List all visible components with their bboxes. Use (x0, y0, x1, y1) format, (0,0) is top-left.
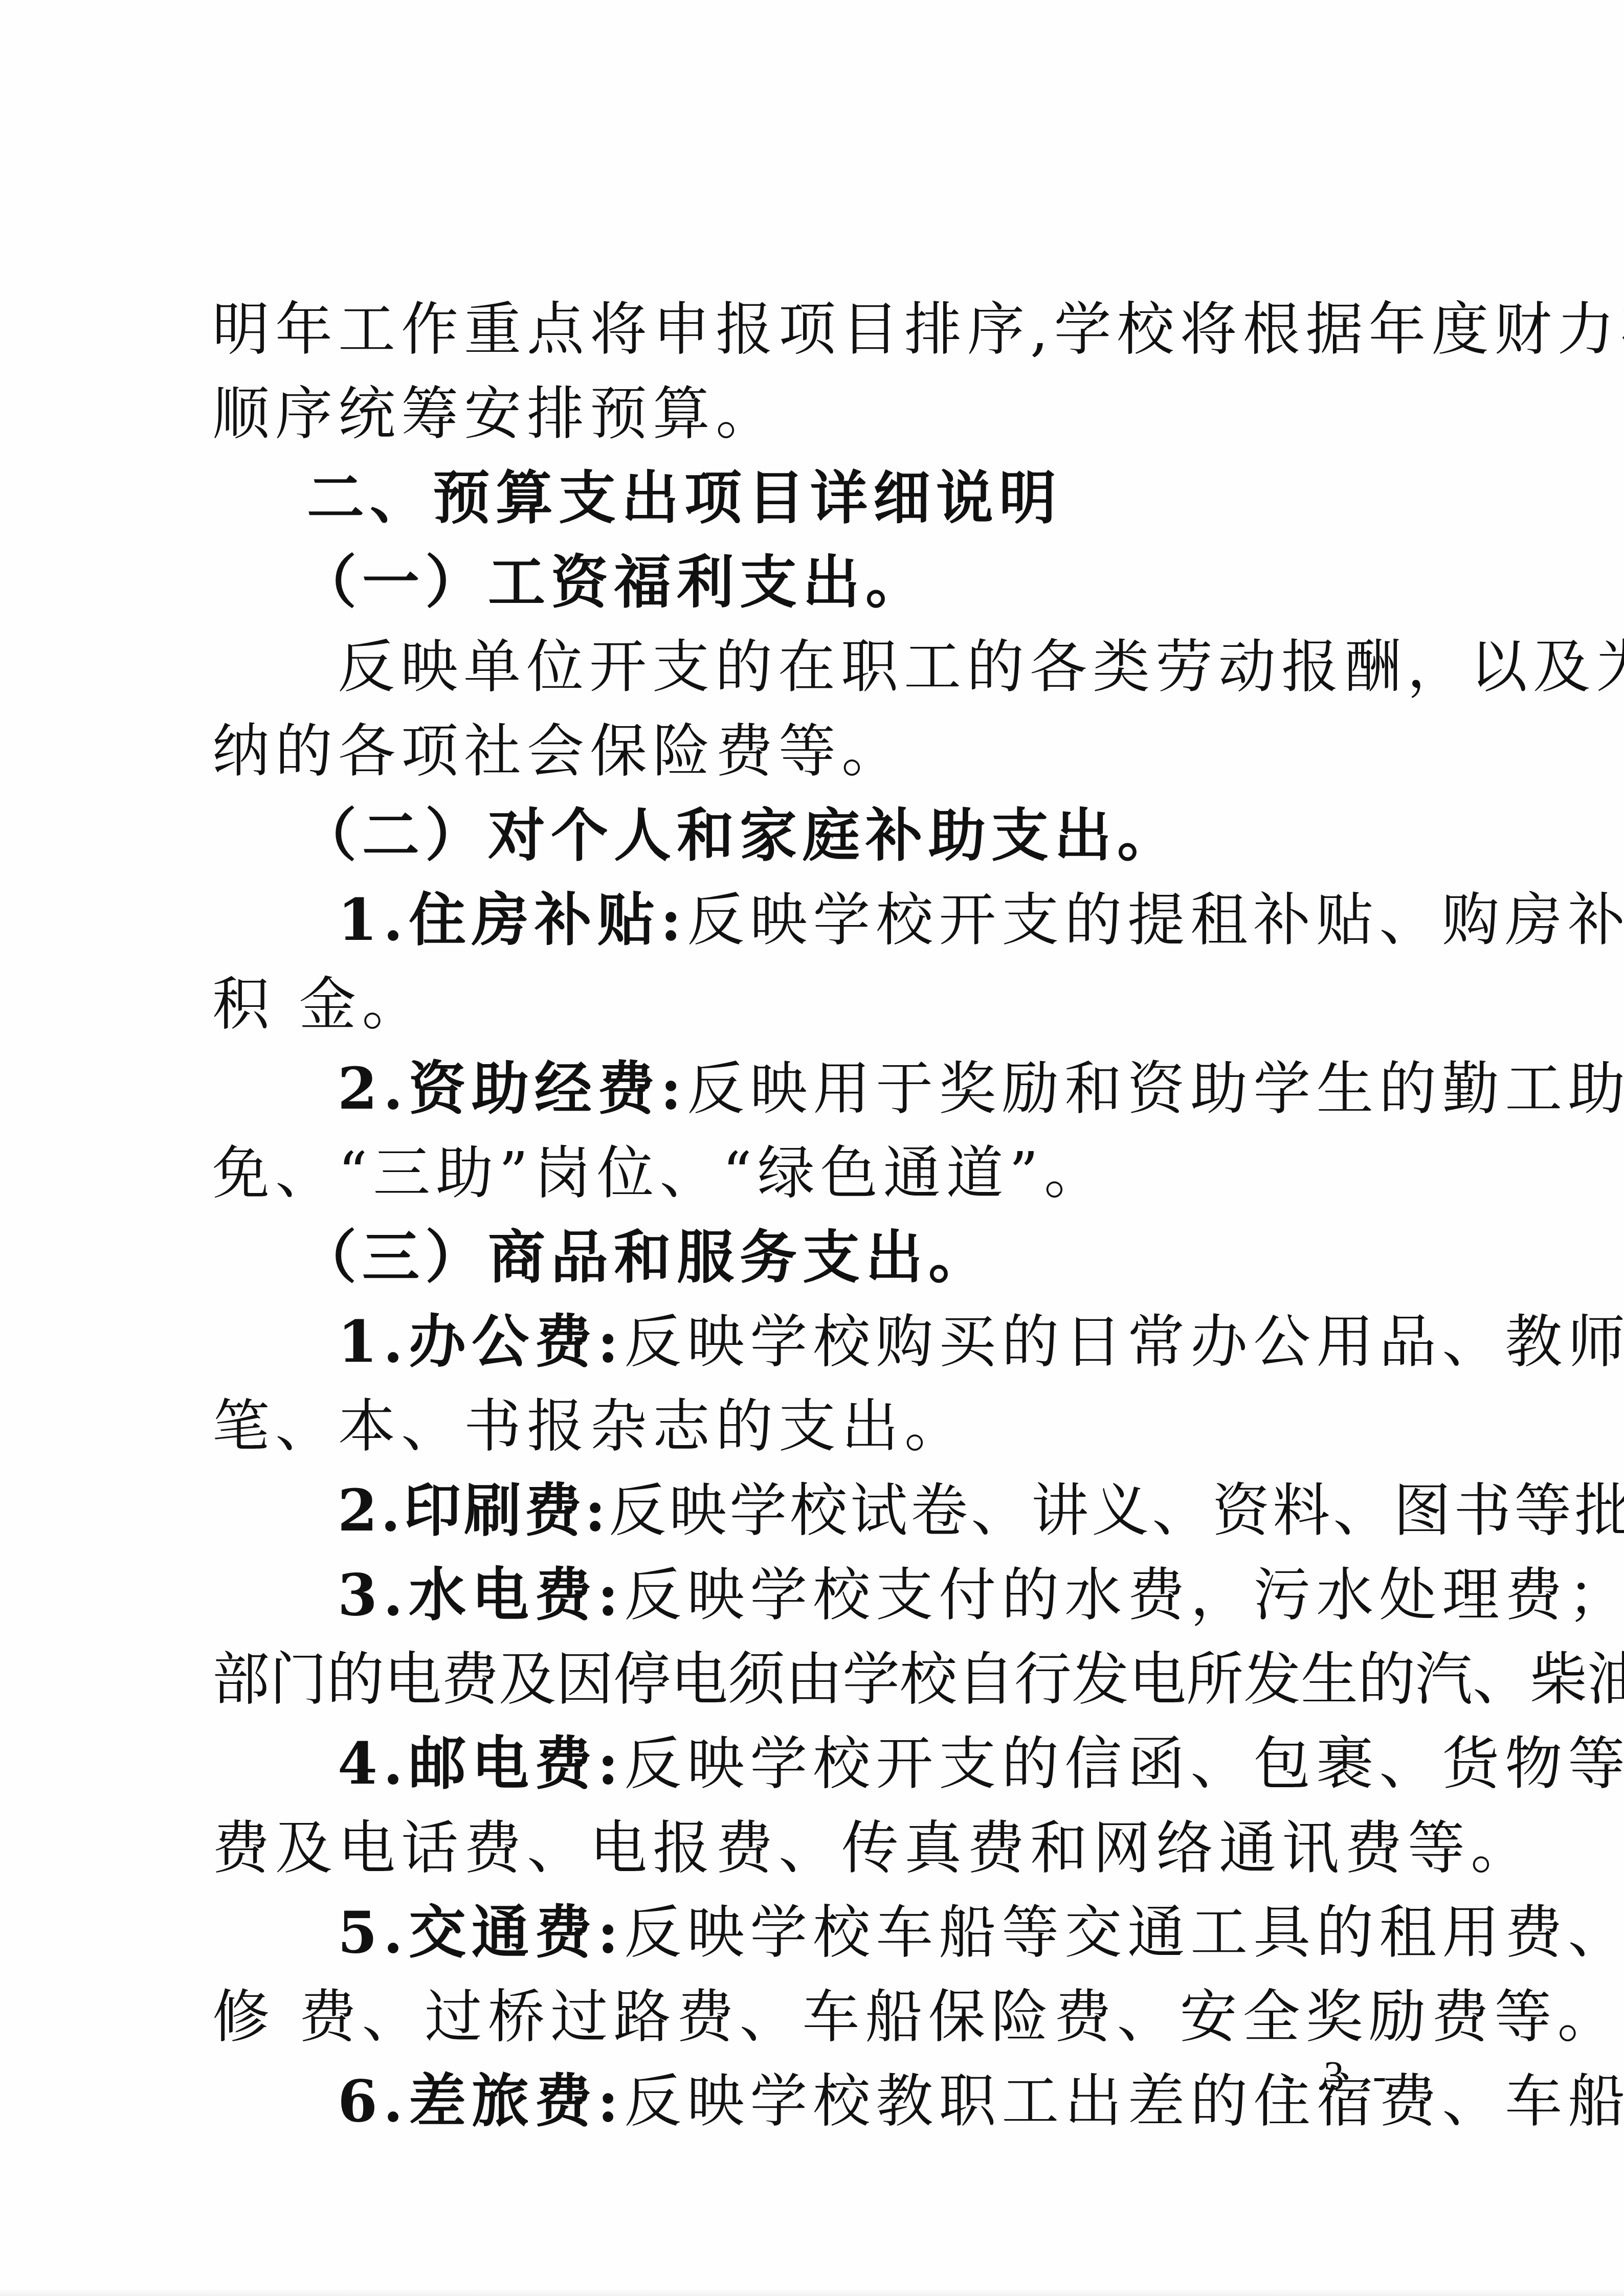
paragraph-line: 明年工作重点将申报项目排序,学校将根据年度财力状况与项目 (212, 291, 1409, 368)
item-label: 1.办公费: (338, 1309, 624, 1376)
item-label: 2.印刷费: (338, 1477, 609, 1544)
item-text: 反映学校车船等交通工具的租用费、燃料费、维 (624, 1900, 1624, 1966)
list-item: 1.住房补贴:反映学校开支的提租补贴、购房补贴和住房公 (338, 882, 1412, 959)
item-label: 6.差旅费: (338, 2068, 624, 2135)
item-label: 3.水电费: (338, 1562, 624, 1629)
list-item: 1.办公费:反映学校购买的日常办公用品、教师备课用纸、 (338, 1304, 1412, 1381)
paragraph-line: 笔、本、书报杂志的支出。 (212, 1388, 1409, 1465)
list-item: 6.差旅费:反映学校教职工出差的住宿费、车船费、伙食补 (338, 2063, 1412, 2140)
item-text: 反映学校教职工出差的住宿费、车船费、伙食补 (624, 2068, 1624, 2135)
paragraph-line: 免、“三助”岗位、“绿色通道”。 (212, 1135, 1409, 1212)
item-label: 4.邮电费: (338, 1730, 624, 1797)
item-text: 反映学校支付的水费，污水处理费；支付给电力 (624, 1562, 1624, 1629)
paragraph-line: 积 金。 (212, 966, 1409, 1043)
subsection-heading-3: （三）商品和服务支出。 (299, 1220, 1496, 1296)
item-text: 反映学校开支的提租补贴、购房补贴和住房公 (687, 887, 1624, 954)
item-label: 2.资助经费: (338, 1055, 687, 1122)
page-number: - 3 - (1281, 2051, 1395, 2102)
subsection-heading-2: （二）对个人和家庭补助支出。 (299, 798, 1496, 874)
item-text: 反映学校购买的日常办公用品、教师备课用纸、 (624, 1309, 1624, 1376)
subsection-heading-1: （一）工资福利支出。 (299, 545, 1496, 621)
paragraph-line: 顺序统筹安排预算。 (212, 376, 1409, 453)
list-item: 3.水电费:反映学校支付的水费，污水处理费；支付给电力 (338, 1557, 1412, 1634)
document-page: 明年工作重点将申报项目排序,学校将根据年度财力状况与项目 顺序统筹安排预算。 二… (0, 0, 1624, 2296)
paragraph-line: 修 费、过桥过路费、车船保险费、安全奖励费等。 (212, 1979, 1409, 2056)
paragraph-line: 反映单位开支的在职工的各类劳动报酬，以及为上述人员缴 (338, 629, 1412, 706)
item-text: 反映学校开支的信函、包裹、货物等物品的邮寄 (624, 1731, 1624, 1797)
item-text: 反映学校试卷、讲义、资料、图书等批量刷支出。 (609, 1478, 1624, 1544)
paragraph-line: 部门的电费及因停电须由学校自行发电所发生的汽、柴油费等。 (212, 1641, 1409, 1718)
list-item: 4.邮电费:反映学校开支的信函、包裹、货物等物品的邮寄 (338, 1726, 1412, 1803)
section-heading: 二、预算支出项目详细说明 (307, 460, 1504, 537)
list-item: 5.交通费:反映学校车船等交通工具的租用费、燃料费、维 (338, 1895, 1412, 1971)
list-item: 2.资助经费:反映用于奖励和资助学生的勤工助学、学费减 (338, 1051, 1412, 1128)
paragraph-line: 纳的各项社会保险费等。 (212, 713, 1409, 790)
item-label: 5.交通费: (338, 1899, 624, 1966)
paragraph-line: 费及电话费、电报费、传真费和网络通讯费等。 (212, 1810, 1409, 1887)
list-item: 2.印刷费:反映学校试卷、讲义、资料、图书等批量刷支出。 (338, 1473, 1412, 1549)
item-text: 反映用于奖励和资助学生的勤工助学、学费减 (687, 1056, 1624, 1122)
item-label: 1.住房补贴: (338, 887, 687, 954)
